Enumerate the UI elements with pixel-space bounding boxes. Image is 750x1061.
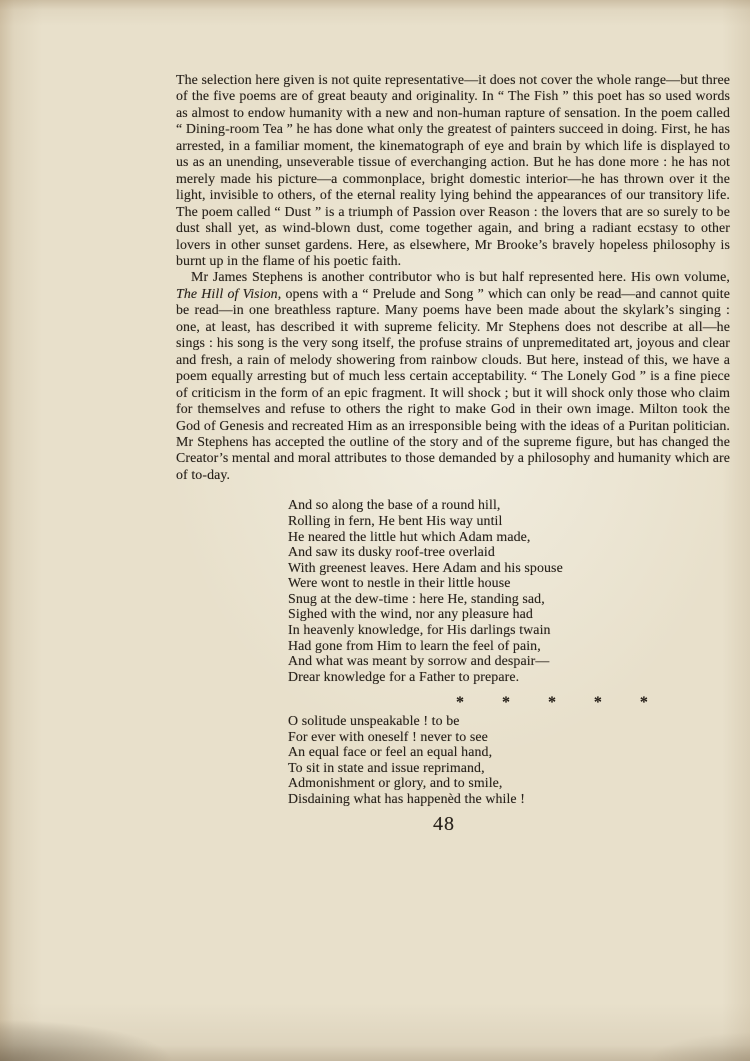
text-block: The selection here given is not quite re… bbox=[176, 73, 730, 832]
poem-line: Admonishment or glory, and to smile, bbox=[288, 776, 730, 792]
asterisk-icon: * bbox=[594, 695, 602, 711]
poem-line: In heavenly knowledge, for His darlings … bbox=[288, 623, 730, 639]
poem-line: And what was meant by sorrow and despair… bbox=[288, 654, 730, 670]
poem-line: O solitude unspeakable ! to be bbox=[288, 714, 730, 730]
poem-line: And so along the base of a round hill, bbox=[288, 498, 730, 514]
page-number: 48 bbox=[167, 816, 721, 832]
page-corner-shadow bbox=[610, 1021, 750, 1061]
poem-line: To sit in state and issue reprimand, bbox=[288, 761, 730, 777]
scanned-book-page: The selection here given is not quite re… bbox=[0, 0, 750, 1061]
poem-line: Snug at the dew-time : here He, standing… bbox=[288, 592, 730, 608]
poem-line: Were wont to nestle in their little hous… bbox=[288, 576, 730, 592]
poem-line: Drear knowledge for a Father to prepare. bbox=[288, 670, 730, 686]
asterisk-icon: * bbox=[456, 695, 464, 711]
asterisk-icon: * bbox=[502, 695, 510, 711]
poem-line: An equal face or feel an equal hand, bbox=[288, 745, 730, 761]
poem-line: He neared the little hut which Adam made… bbox=[288, 530, 730, 546]
poem-line: For ever with oneself ! never to see bbox=[288, 730, 730, 746]
paragraph-review-stephens: Mr James Stephens is another contributor… bbox=[176, 270, 730, 484]
paragraph-text-before-title: Mr James Stephens is another contributor… bbox=[191, 270, 730, 285]
poem-excerpt: And so along the base of a round hill,Ro… bbox=[288, 498, 730, 807]
paragraph-text-after-title: , opens with a “ Prelude and Song ” whic… bbox=[176, 287, 730, 483]
asterisk-icon: * bbox=[640, 695, 648, 711]
poem-stanza-2: O solitude unspeakable ! to beFor ever w… bbox=[288, 714, 730, 808]
page-corner-shadow bbox=[0, 1006, 230, 1061]
poem-line: Disdaining what has happenèd the while ! bbox=[288, 792, 730, 808]
poem-line: And saw its dusky roof-tree overlaid bbox=[288, 545, 730, 561]
asterisk-separator: ***** bbox=[456, 692, 648, 708]
paragraph-review-brooke: The selection here given is not quite re… bbox=[176, 73, 730, 270]
poem-line: With greenest leaves. Here Adam and his … bbox=[288, 561, 730, 577]
book-title-the-hill-of-vision: The Hill of Vision bbox=[176, 287, 278, 302]
asterisk-icon: * bbox=[548, 695, 556, 711]
poem-line: Had gone from Him to learn the feel of p… bbox=[288, 639, 730, 655]
poem-line: Rolling in fern, He bent His way until bbox=[288, 514, 730, 530]
poem-line: Sighed with the wind, nor any pleasure h… bbox=[288, 607, 730, 623]
poem-stanza-1: And so along the base of a round hill,Ro… bbox=[288, 498, 730, 685]
